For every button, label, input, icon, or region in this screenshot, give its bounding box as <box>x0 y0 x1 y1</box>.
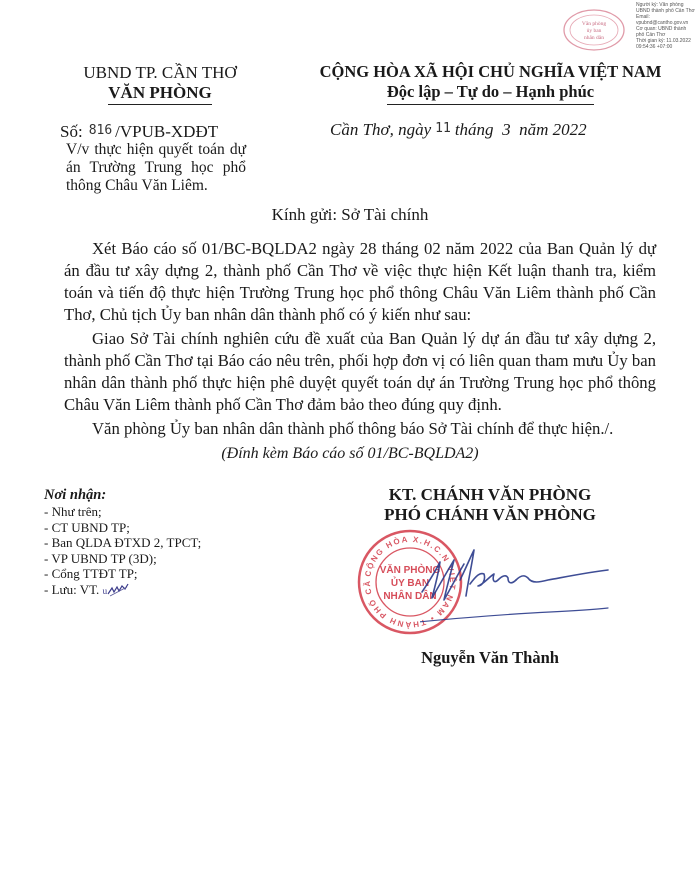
signer-name: Nguyễn Văn Thành <box>340 648 640 668</box>
recipient-item: - Ban QLDA ĐTXD 2, TPCT; <box>44 535 201 551</box>
nation-name: CỘNG HÒA XÃ HỘI CHỦ NGHĨA VIỆT NAM <box>318 62 663 82</box>
recipient-item: - Như trên; <box>44 504 201 520</box>
body-paragraph: Xét Báo cáo số 01/BC-BQLDA2 ngày 28 thán… <box>64 238 656 326</box>
recipient-item: - Lưu: VT. u <box>44 582 201 600</box>
office-name: VĂN PHÒNG <box>108 83 211 105</box>
recipients-list: Nơi nhận: - Như trên; - CT UBND TP; - Ba… <box>44 487 201 600</box>
issuing-agency-header: UBND TP. CẦN THƠ VĂN PHÒNG <box>40 63 280 105</box>
national-header: CỘNG HÒA XÃ HỘI CHỦ NGHĨA VIỆT NAM Độc l… <box>318 62 663 105</box>
document-subject: V/v thực hiện quyết toán dự án Trường Tr… <box>66 141 246 195</box>
seal-line-1: Văn phòng <box>582 21 607 27</box>
signer-title-1: KT. CHÁNH VĂN PHÒNG <box>340 485 640 505</box>
date-day: 11 <box>431 121 455 136</box>
recipient-item: - CT UBND TP; <box>44 520 201 536</box>
seal-line-3: nhân dân <box>584 35 604 41</box>
doc-number-suffix: /VPUB-XDĐT <box>115 122 218 141</box>
initials-scribble-icon <box>107 583 129 597</box>
date-year: năm 2022 <box>519 120 587 139</box>
national-motto: Độc lập – Tự do – Hạnh phúc <box>387 82 594 105</box>
document-number: Số:816/VPUB-XDĐT <box>60 122 218 142</box>
attachment-note: (Đính kèm Báo cáo số 01/BC-BQLDA2) <box>0 445 700 463</box>
date-month: 3 <box>502 120 511 139</box>
recipients-title: Nơi nhận: <box>44 487 201 504</box>
agency-name: UBND TP. CẦN THƠ <box>40 63 280 83</box>
doc-number-value: 816 <box>83 123 115 138</box>
body-paragraph: Văn phòng Ủy ban nhân dân thành phố thôn… <box>64 418 656 440</box>
signature-block: KT. CHÁNH VĂN PHÒNG PHÓ CHÁNH VĂN PHÒNG <box>340 485 640 525</box>
signer-title-2: PHÓ CHÁNH VĂN PHÒNG <box>340 505 640 525</box>
dsig-line: 09:54:36 +07:00 <box>636 44 700 50</box>
date-place: Cần Thơ, ngày <box>330 120 431 139</box>
digital-signature-seal-icon: Văn phòng ủy ban nhân dân <box>562 8 626 52</box>
seal-line-2: ủy ban <box>587 28 602 34</box>
recipient-item: - VP UBND TP (3D); <box>44 551 201 567</box>
date-line: Cần Thơ, ngày11tháng 3 năm 2022 <box>330 120 587 140</box>
addressee: Kính gửi: Sở Tài chính <box>0 205 700 225</box>
handwritten-signature-icon <box>420 540 610 630</box>
body-paragraph: Giao Sở Tài chính nghiên cứu đề xuất của… <box>64 328 656 416</box>
date-month-label: tháng <box>455 120 494 139</box>
doc-number-label: Số: <box>60 122 83 141</box>
archive-text: - Lưu: VT. <box>44 582 99 597</box>
digital-signature-info: Người ký: Văn phòng UBND thành phố Cần T… <box>636 2 700 50</box>
recipient-item: - Cổng TTĐT TP; <box>44 566 201 582</box>
